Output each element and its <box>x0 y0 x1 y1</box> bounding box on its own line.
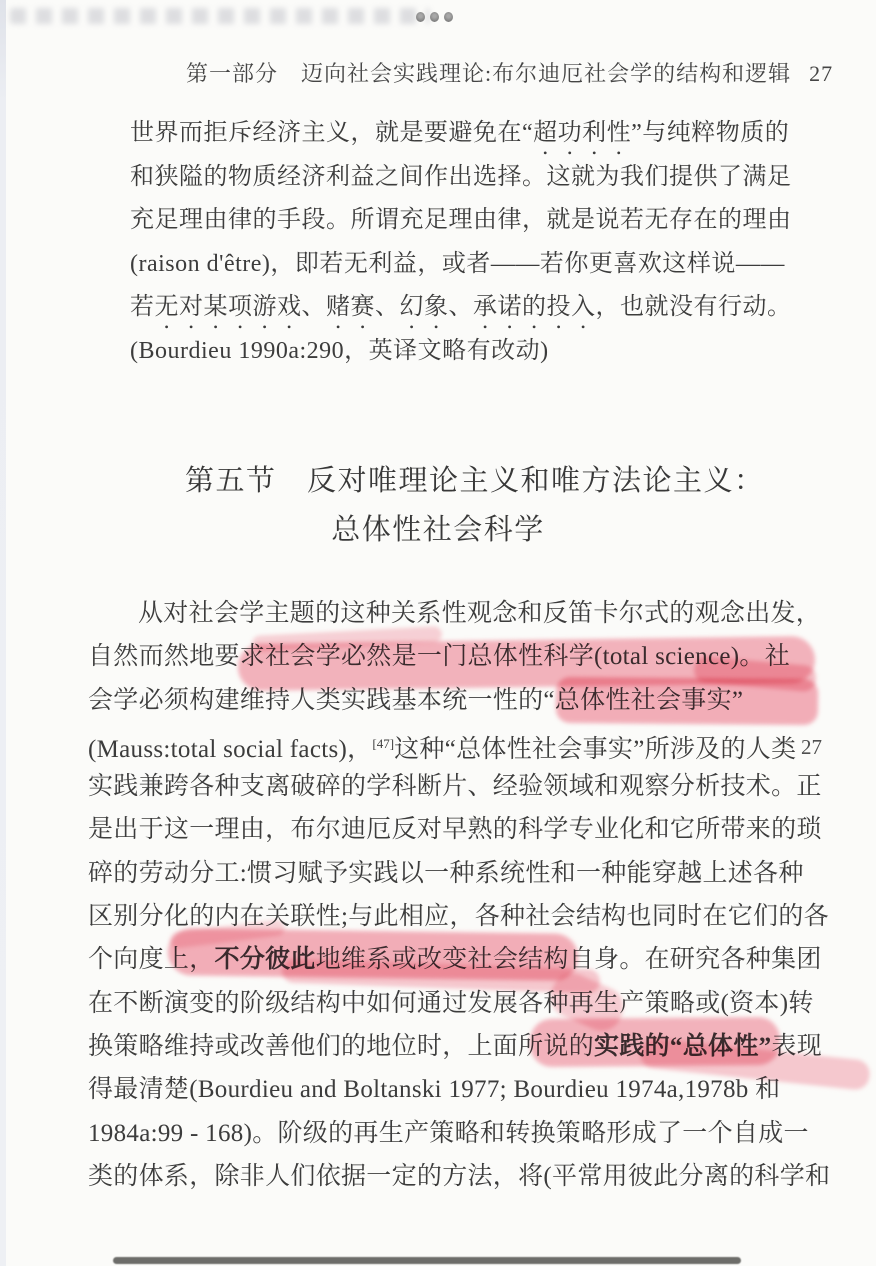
text-line: 1984a:99 - 168)。阶级的再生产策略和转换策略形成了一个自成一 <box>88 1112 812 1155</box>
text-line: 个向度上，不分彼此地维系或改变社会结构自身。在研究各种集团 <box>88 938 812 981</box>
text-line: 区别分化的内在关联性;与此相应，各种社会结构也同时在它们的各 <box>88 895 812 938</box>
dot-icon <box>444 12 453 22</box>
text-line: 自然而然地要求社会学必然是一门总体性科学(total science)。社 <box>88 635 812 678</box>
block-quote: 世界而拒斥经济主义，就是要避免在“超功利性”与纯粹物质的和狭隘的物质经济利益之间… <box>130 112 820 374</box>
margin-page-number: 27 <box>801 735 822 760</box>
section-heading-line1: 第五节 反对唯理论主义和唯方法论主义： <box>185 458 765 499</box>
text-line: 是出于这一理由，布尔迪厄反对早熟的科学专业化和它所带来的琐 <box>88 808 812 851</box>
text-line: 若无对某项游戏、赌赛、幻象、承诺的投入，也就没有行动。 <box>130 286 820 330</box>
text-line: 碎的劳动分工:惯习赋予实践以一种系统性和一种能穿越上述各种 <box>88 852 812 895</box>
text-line: 会学必须构建维持人类实践基本统一性的“总体性社会事实” <box>88 679 812 722</box>
dot-icon <box>416 12 425 22</box>
section-heading-line2: 总体性社会科学 <box>0 507 876 548</box>
running-head-title: 第一部分 迈向社会实践理论:布尔迪厄社会学的结构和逻辑 <box>186 57 791 88</box>
running-head-page-number: 27 <box>809 61 833 87</box>
scanned-book-page: 第一部分 迈向社会实践理论:布尔迪厄社会学的结构和逻辑 27 世界而拒斥经济主义… <box>0 0 876 1266</box>
text-line: 类的体系，除非人们依据一定的方法，将(平常用彼此分离的科学和 <box>88 1155 812 1198</box>
running-head: 第一部分 迈向社会实践理论:布尔迪厄社会学的结构和逻辑 27 <box>186 57 833 88</box>
text-line: 在不断演变的阶级结构中如何通过发展各种再生产策略或(资本)转 <box>88 982 812 1025</box>
text-line: (raison d'être)，即若无利益，或者——若你更喜欢这样说—— <box>130 243 820 287</box>
text-line: 从对社会学主题的这种关系性观念和反笛卡尔式的观念出发， <box>88 592 812 635</box>
text-line: 得最清楚(Bourdieu and Boltanski 1977; Bourdi… <box>88 1068 812 1111</box>
text-line: (Bourdieu 1990a:290，英译文略有改动) <box>130 330 820 374</box>
text-line: (Mauss:total social facts)，[47]这种“总体性社会事… <box>88 722 812 765</box>
text-line: 实践兼跨各种支离破碎的学科断片、经验领域和观察分析技术。正 <box>88 765 812 808</box>
text-line: 世界而拒斥经济主义，就是要避免在“超功利性”与纯粹物质的 <box>130 112 820 156</box>
scan-smudge <box>10 8 430 24</box>
text-line: 和狭隘的物质经济利益之间作出选择。这就为我们提供了满足 <box>130 156 820 200</box>
scan-artifact-bar <box>113 1257 741 1264</box>
scan-edge <box>0 0 6 1266</box>
dot-icon <box>430 12 439 22</box>
body-paragraph: 从对社会学主题的这种关系性观念和反笛卡尔式的观念出发，自然而然地要求社会学必然是… <box>88 592 812 1198</box>
text-line: 换策略维持或改善他们的地位时，上面所说的实践的“总体性”表现 <box>88 1025 812 1068</box>
text-line: 充足理由律的手段。所谓充足理由律，就是说若无存在的理由 <box>130 199 820 243</box>
three-dots-ornament-icon <box>416 12 453 22</box>
